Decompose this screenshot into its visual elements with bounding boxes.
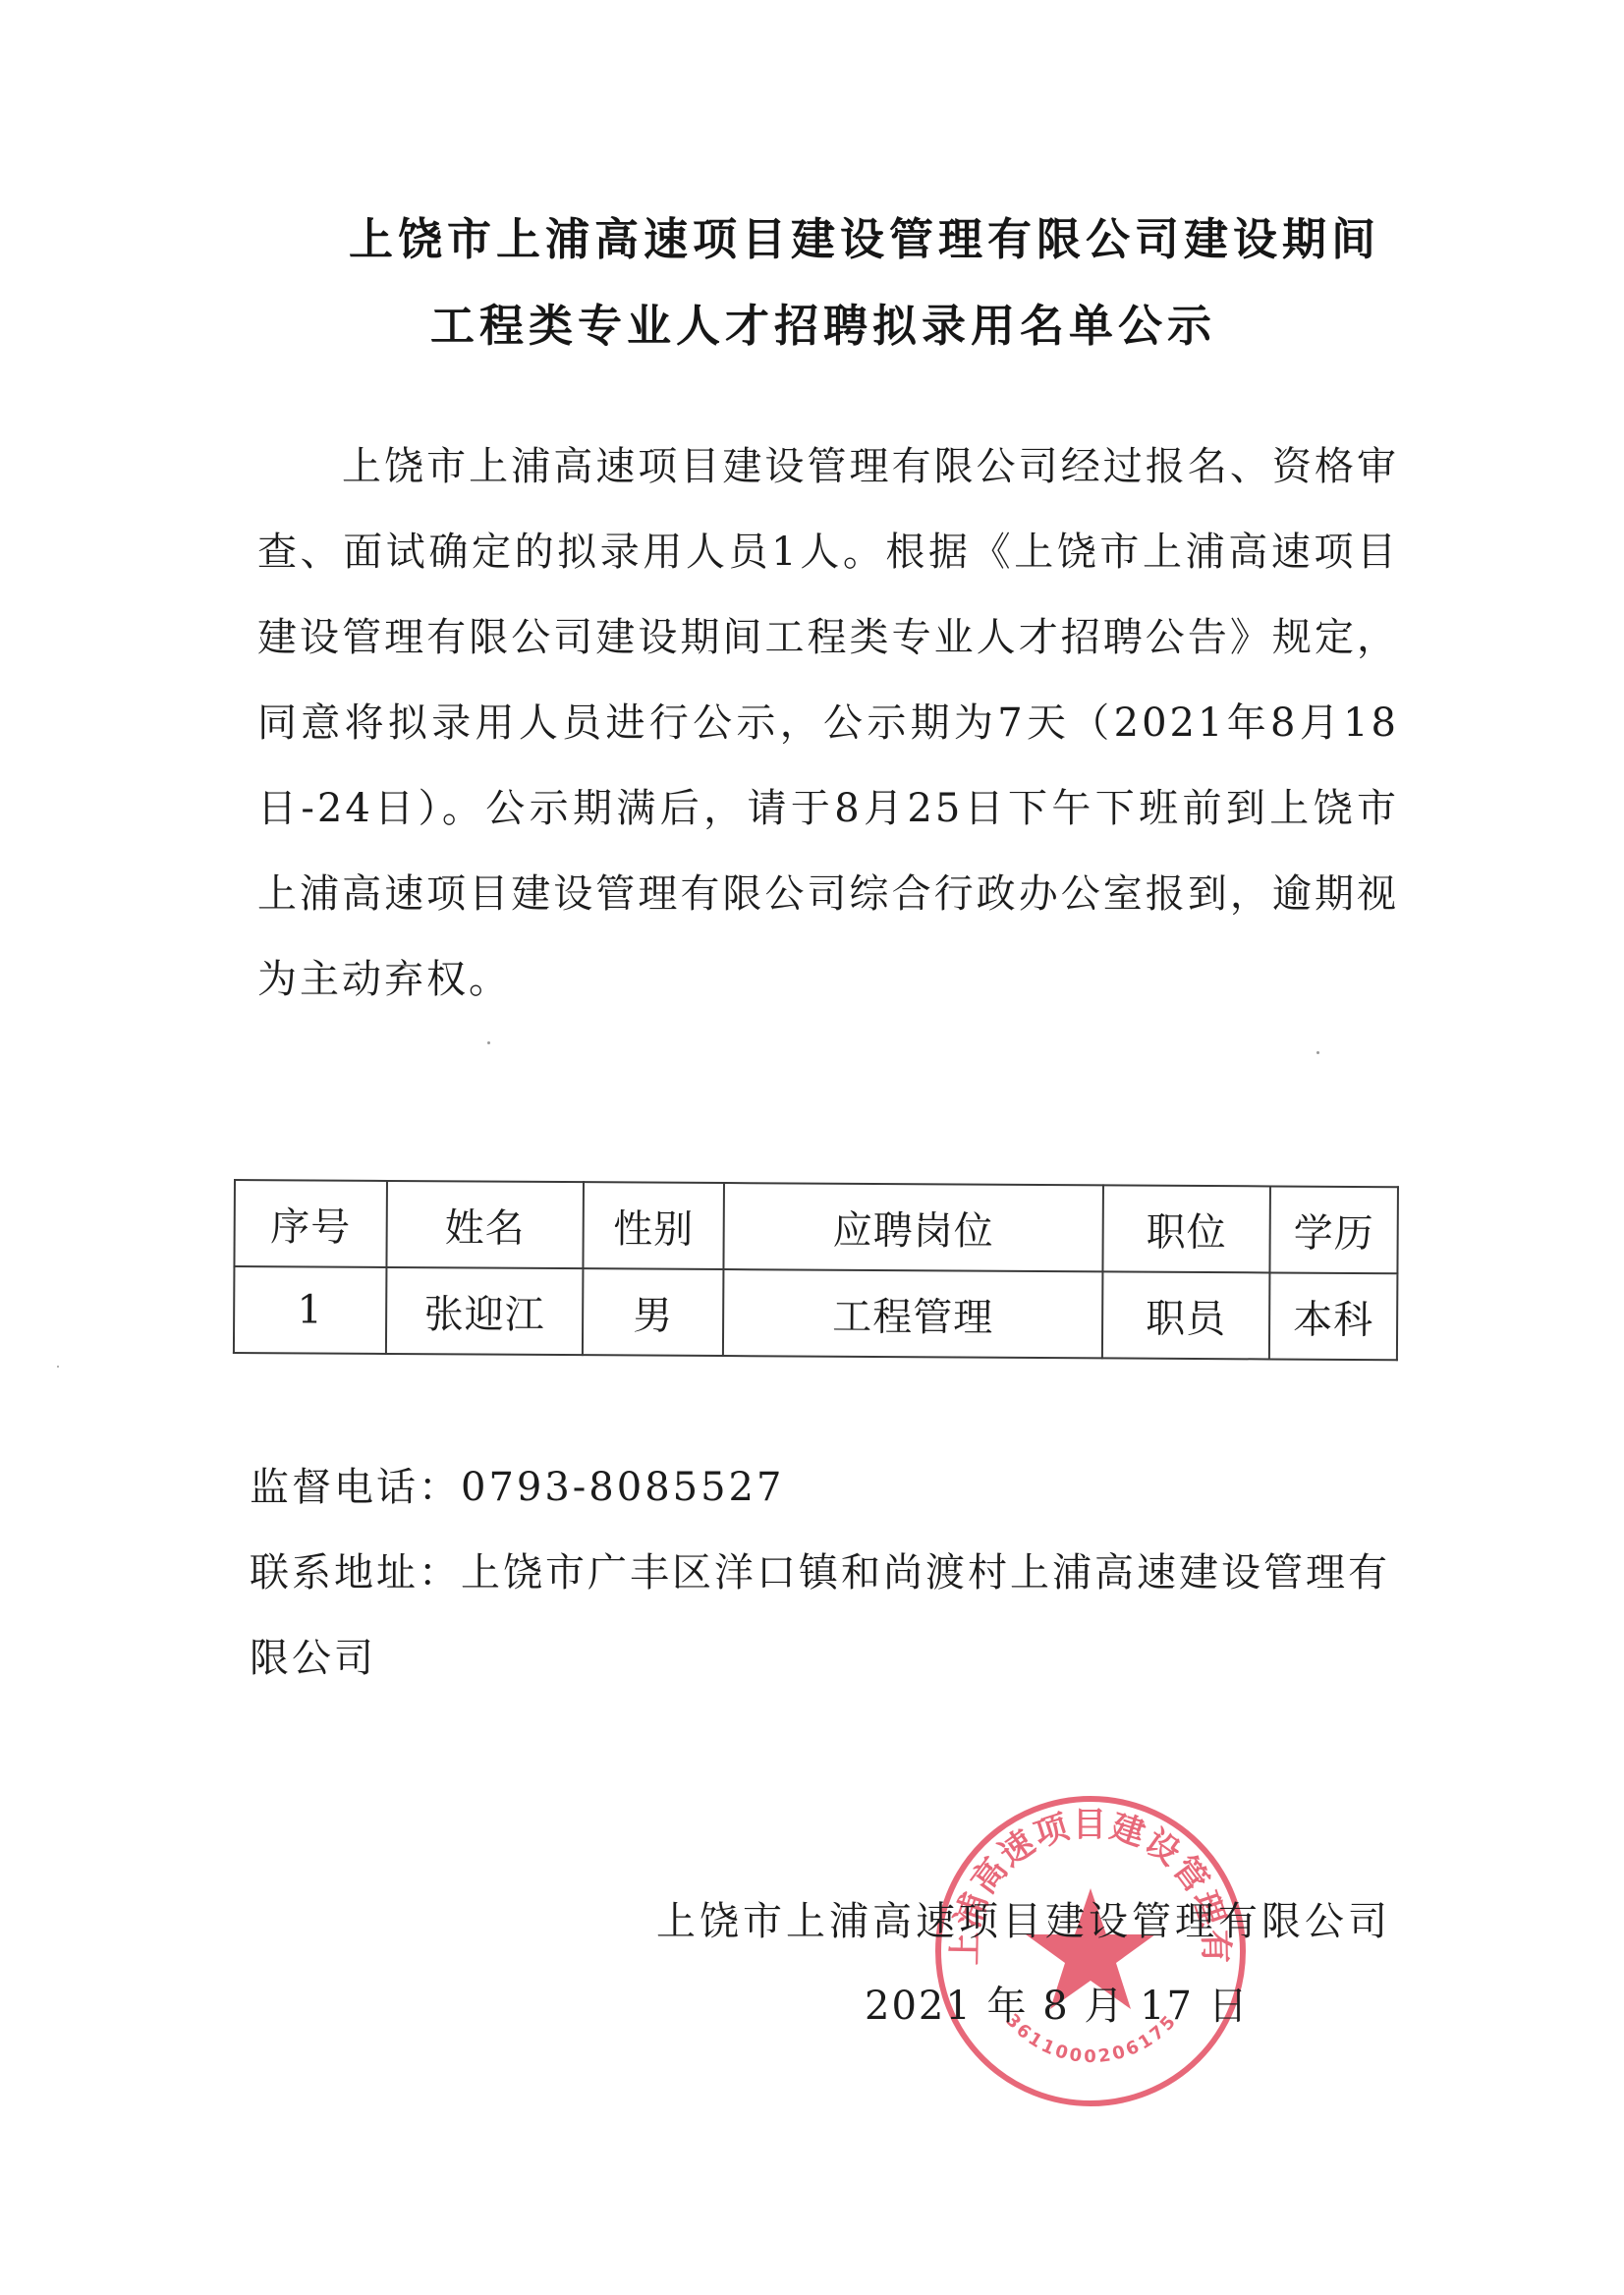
contact-address-continued: 限公司 <box>250 1629 376 1688</box>
header-education: 学历 <box>1269 1186 1398 1273</box>
scan-speck <box>1316 1051 1319 1054</box>
table-row: 1 张迎江 男 工程管理 职员 本科 <box>234 1266 1398 1360</box>
header-serial: 序号 <box>234 1180 387 1267</box>
header-name: 姓名 <box>386 1181 584 1268</box>
cell-job-title: 职员 <box>1102 1271 1270 1359</box>
header-applied-position: 应聘岗位 <box>723 1183 1103 1271</box>
document-page: 上饶市上浦高速项目建设管理有限公司建设期间 工程类专业人才招聘拟录用名单公示 上… <box>0 0 1624 2295</box>
table-header-row: 序号 姓名 性别 应聘岗位 职位 学历 <box>234 1180 1398 1273</box>
header-gender: 性别 <box>583 1182 724 1269</box>
candidate-table: 序号 姓名 性别 应聘岗位 职位 学历 1 张迎江 男 工程管理 职员 本科 <box>233 1179 1399 1361</box>
page-title-line-2: 工程类专业人才招聘拟录用名单公示 <box>430 297 1216 356</box>
announcement-body: 上饶市上浦高速项目建设管理有限公司经过报名、资格审查、面试确定的拟录用人员1人。… <box>257 424 1399 1023</box>
official-seal-icon: 上饶市上浦高速项目建设管理有限公司 3611000206175 <box>931 1792 1250 2110</box>
scan-speck <box>57 1366 59 1368</box>
page-title-line-1: 上饶市上浦高速项目建设管理有限公司建设期间 <box>349 210 1380 269</box>
issuer-company: 上饶市上浦高速项目建设管理有限公司 <box>656 1892 1391 1951</box>
supervision-phone: 监督电话：0793-8085527 <box>250 1458 784 1517</box>
cell-name: 张迎江 <box>386 1267 584 1355</box>
cell-education: 本科 <box>1269 1272 1398 1360</box>
cell-applied-position: 工程管理 <box>723 1269 1103 1358</box>
cell-serial: 1 <box>234 1266 387 1354</box>
scan-speck <box>487 1041 490 1044</box>
issue-date: 2021 年 8 月 17 日 <box>865 1977 1250 2036</box>
cell-gender: 男 <box>583 1268 724 1356</box>
contact-address: 联系地址：上饶市广丰区洋口镇和尚渡村上浦高速建设管理有 <box>250 1543 1390 1602</box>
header-job-title: 职位 <box>1102 1185 1270 1272</box>
